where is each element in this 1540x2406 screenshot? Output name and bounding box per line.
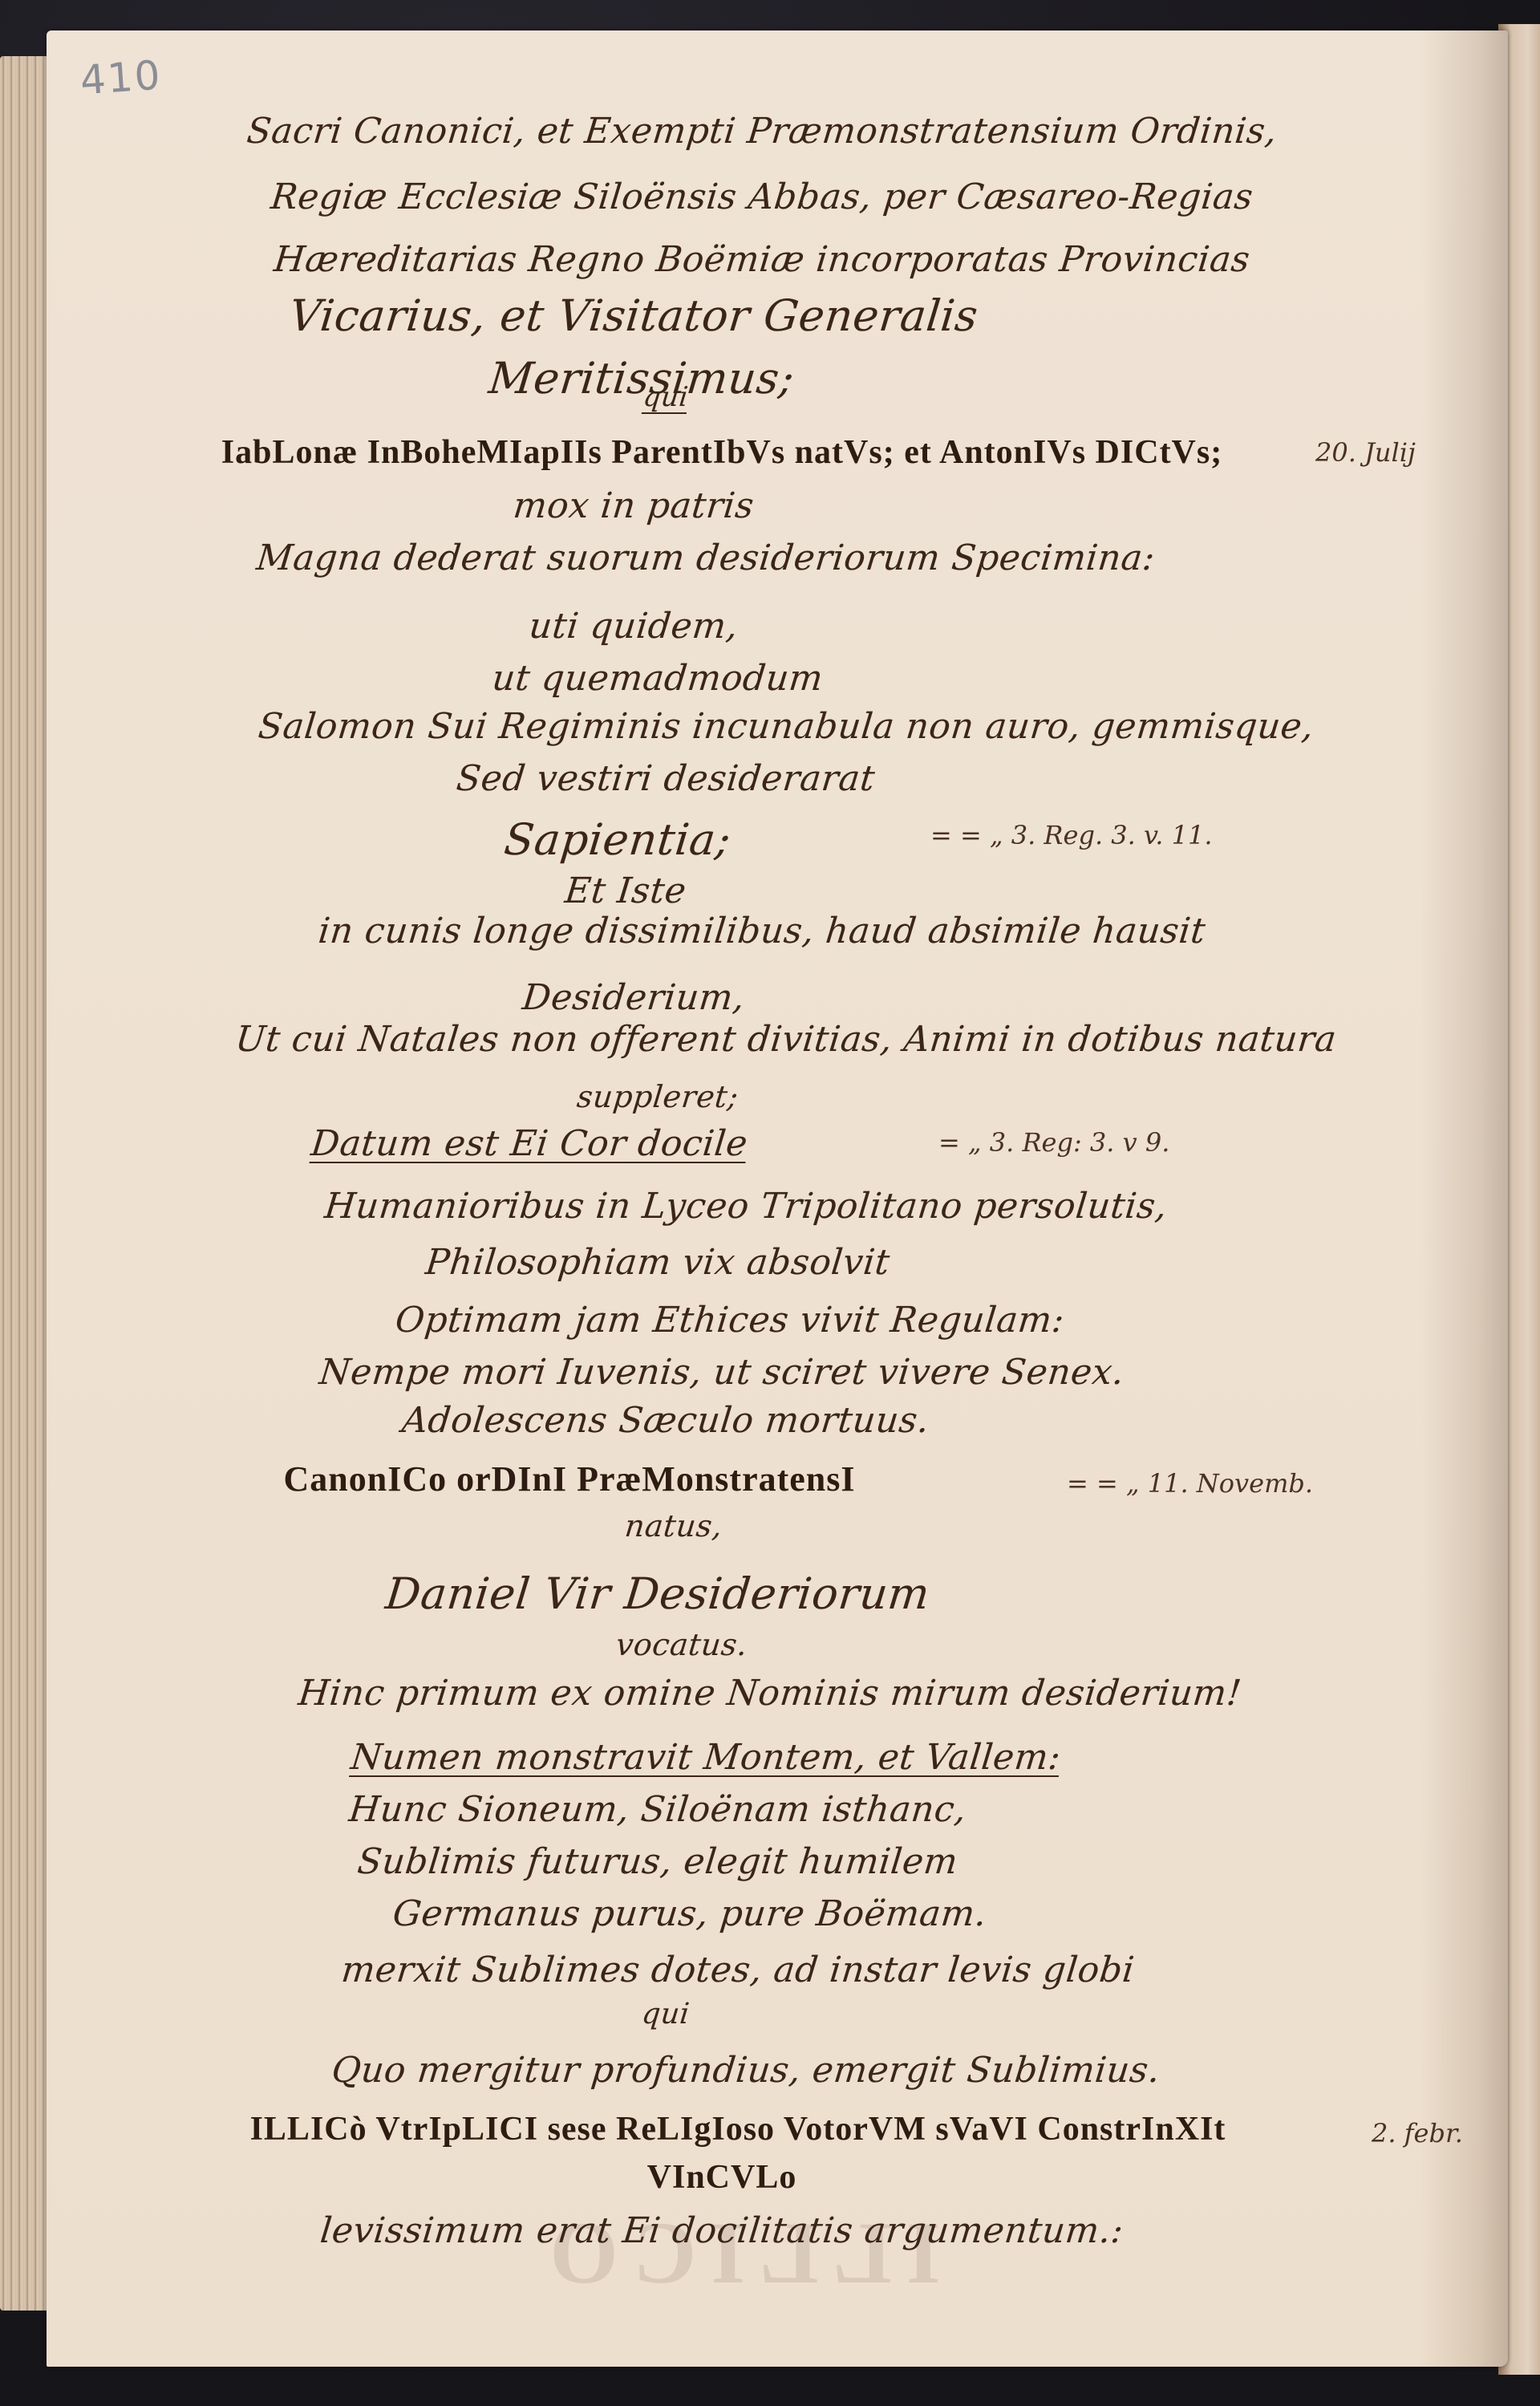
text-line: levissimum erat Ei docilitatis argumentu… — [0, 2210, 1494, 2251]
text-line: merxit Sublimes dotes, ad instar levis g… — [0, 1950, 1510, 1990]
page-number: 410 — [79, 52, 163, 104]
text-line: Magna dederat suorum desideriorum Specim… — [0, 538, 1478, 578]
text-line: suppleret; — [0, 1079, 1429, 1114]
text-line: Optimam jam Ethices vivit Regulam: — [0, 1300, 1502, 1341]
text-line: Germanus purus, pure Boëmam. — [0, 1893, 1462, 1934]
text-line: Daniel Vir Desideriorum — [0, 1568, 1430, 1619]
text-line: Hæreditarias Regno Boëmiæ incorporatas P… — [0, 239, 1534, 280]
text-line: Desiderium, — [0, 977, 1406, 1018]
text-line: Quo mergitur profundius, emergit Sublimi… — [0, 2050, 1518, 2091]
text-line: Salomon Sui Regiminis incunabula non aur… — [14, 706, 1540, 747]
text-line: uti quidem, — [0, 606, 1406, 647]
chronogram-line: IabLonæ InBoheMIapIIs ParentIbVs natVs; … — [0, 433, 1492, 472]
text-line: qui — [0, 1998, 1437, 2031]
text-line: Vicarius, et Visitator Generalis — [0, 290, 1406, 341]
margin-note-date: = = „ 11. Novemb. — [1067, 1468, 1313, 1499]
text-line: natus, — [0, 1508, 1445, 1544]
text-line: Nempe mori Iuvenis, ut sciret vivere Sen… — [0, 1352, 1494, 1393]
text-line: qui — [0, 381, 1437, 413]
chronogram-line: ILLICò VtrIpLICI sese ReLIgIoso VotorVM … — [0, 2110, 1508, 2148]
text-line: Philosophiam vix absolvit — [0, 1242, 1430, 1283]
margin-note-reference: = „ 3. Reg: 3. v 9. — [938, 1127, 1169, 1158]
margin-note-date: 2. febr. — [1372, 2118, 1463, 2148]
text-line: Sacri Canonici, et Exempti Præmonstraten… — [0, 111, 1534, 152]
text-line: Adolescens Sæculo mortuus. — [0, 1400, 1438, 1441]
margin-note-date: 20. Julij — [1315, 437, 1416, 468]
text-line: Hinc primum ex omine Nominis mirum desid… — [0, 1673, 1540, 1714]
text-line: ut quemadmodum — [0, 658, 1430, 699]
text-line: Sublimis futurus, elegit humilem — [0, 1841, 1430, 1882]
text-line: Regiæ Ecclesiæ Siloënsis Abbas, per Cæsa… — [0, 176, 1534, 217]
text-line: Humanioribus in Lyceo Tripolitano persol… — [0, 1186, 1518, 1227]
text-line: Sed vestiri desiderarat — [0, 758, 1438, 799]
text-line: Ut cui Natales non offerent divitias, An… — [14, 1019, 1540, 1060]
text-line: vocatus. — [0, 1627, 1453, 1662]
margin-note-reference: = = „ 3. Reg. 3. v. 11. — [930, 820, 1213, 850]
text-line: mox in patris — [0, 485, 1406, 526]
text-line: Et Iste — [0, 870, 1398, 911]
text-line: in cunis longe dissimilibus, haud absimi… — [0, 911, 1534, 951]
text-line: Hunc Sioneum, Siloënam isthanc, — [0, 1789, 1430, 1830]
text-line: Numen monstravit Montem, et Vallem: — [0, 1737, 1478, 1778]
chronogram-line: VInCVLo — [0, 2158, 1492, 2197]
